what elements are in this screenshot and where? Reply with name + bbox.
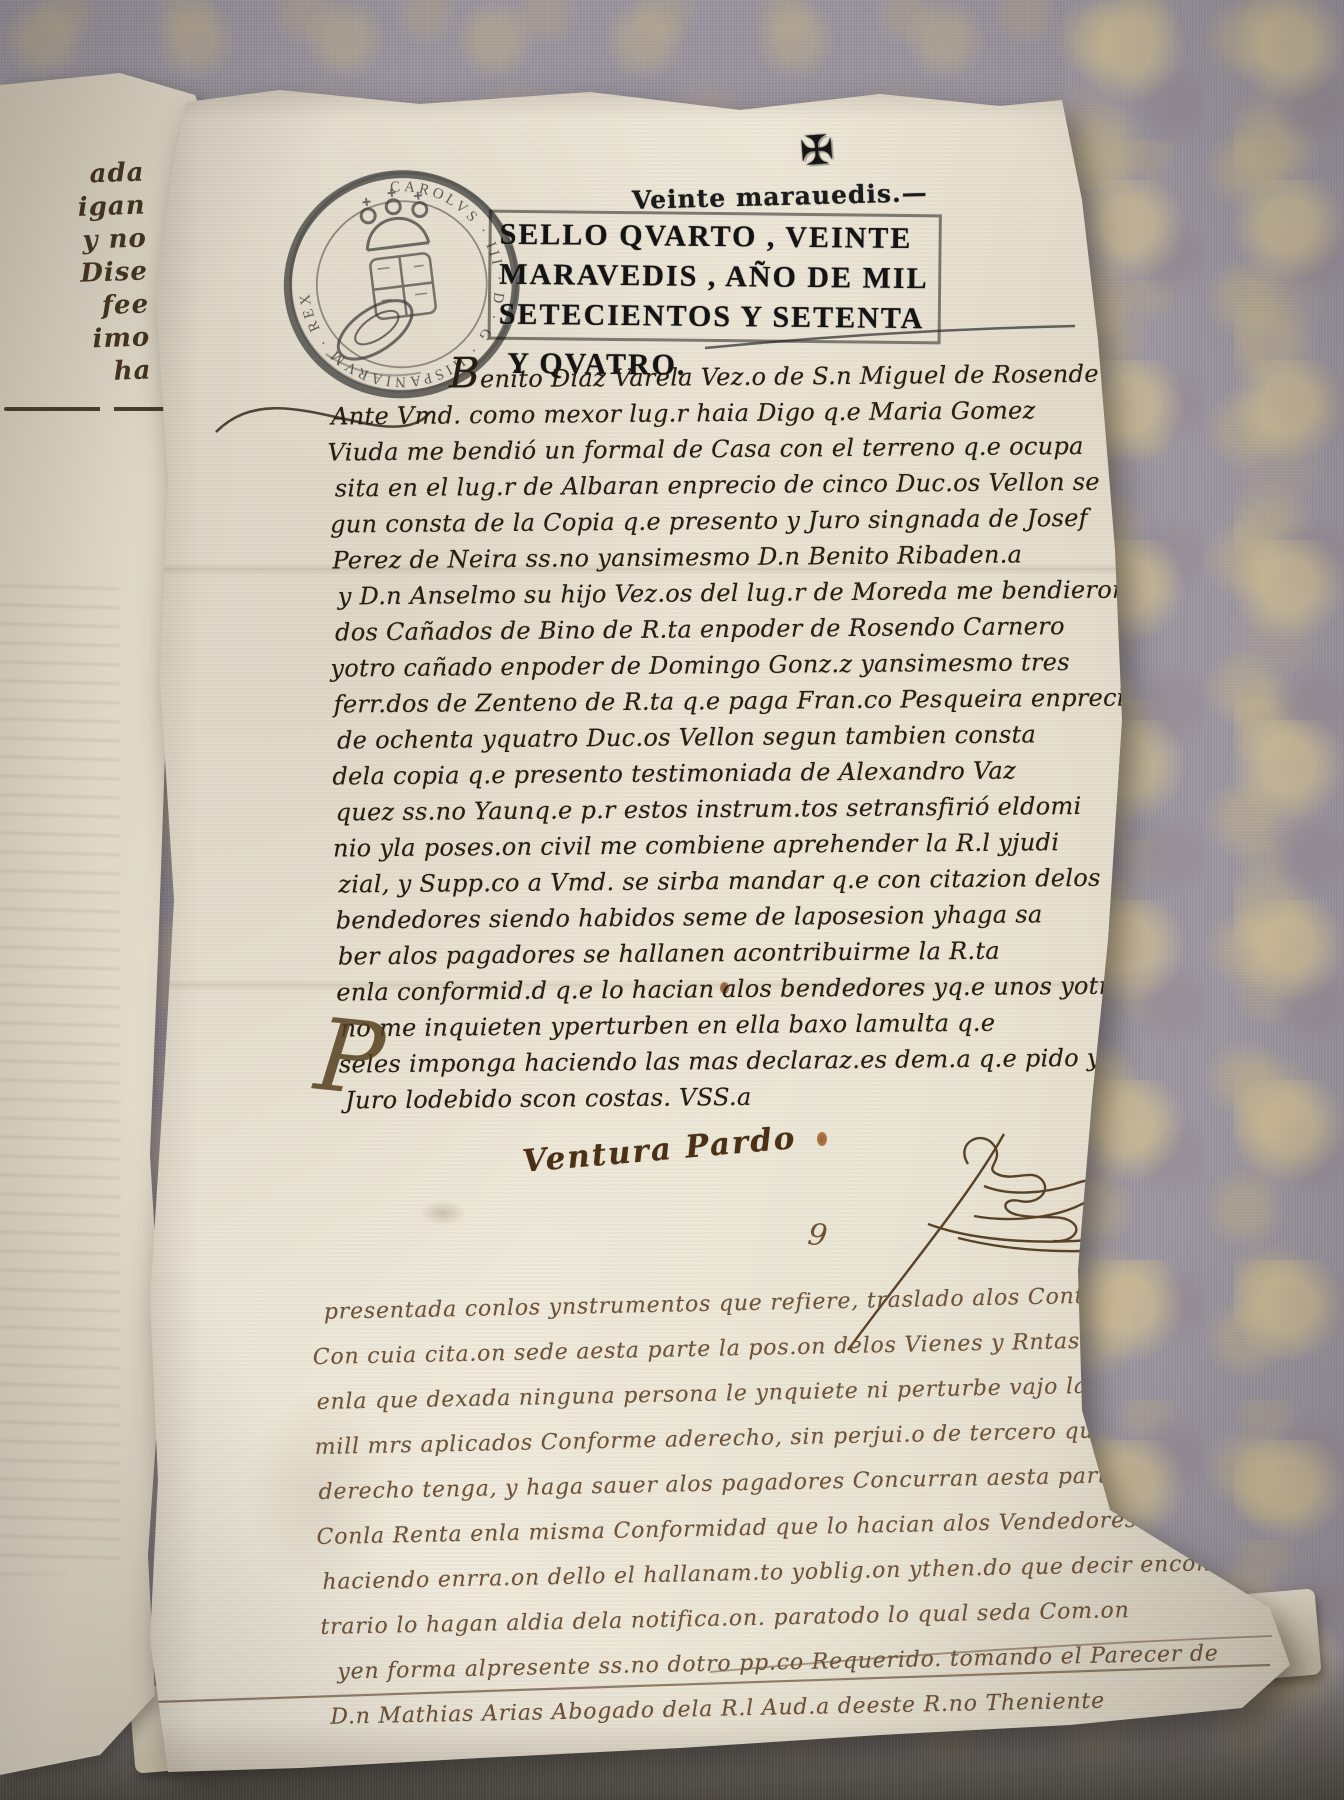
petition-line: Benito Diaz Varela Vez.o de S.n Miguel d… <box>449 347 1131 398</box>
paraph-mark: P <box>311 1005 388 1111</box>
petition-line: enla conformid.d q.e lo hacian alos bend… <box>336 968 1136 1011</box>
show-through-text <box>0 575 120 1575</box>
petition-line: Juro lodebido scon costas. VSS.a <box>345 1075 1137 1118</box>
petition-line: bendedores siendo habidos seme de lapose… <box>335 896 1135 939</box>
main-sheet-paper: ✠ Veinte marauedis.— CAROLVS · III · D ·… <box>120 80 1335 1780</box>
photograph-of-manuscript: { "stamp_header": { "cross_mark": "✠", "… <box>0 0 1344 1800</box>
petition-line: seles imponga haciendo las mas declaraz.… <box>339 1039 1137 1082</box>
decree-text-block: presentada conlos ynstrumentos que refie… <box>311 1270 1280 1740</box>
petition-text-block: Benito Diaz Varela Vez.o de S.n Miguel d… <box>331 347 1138 1119</box>
main-sheet: ✠ Veinte marauedis.— CAROLVS · III · D ·… <box>120 80 1335 1780</box>
